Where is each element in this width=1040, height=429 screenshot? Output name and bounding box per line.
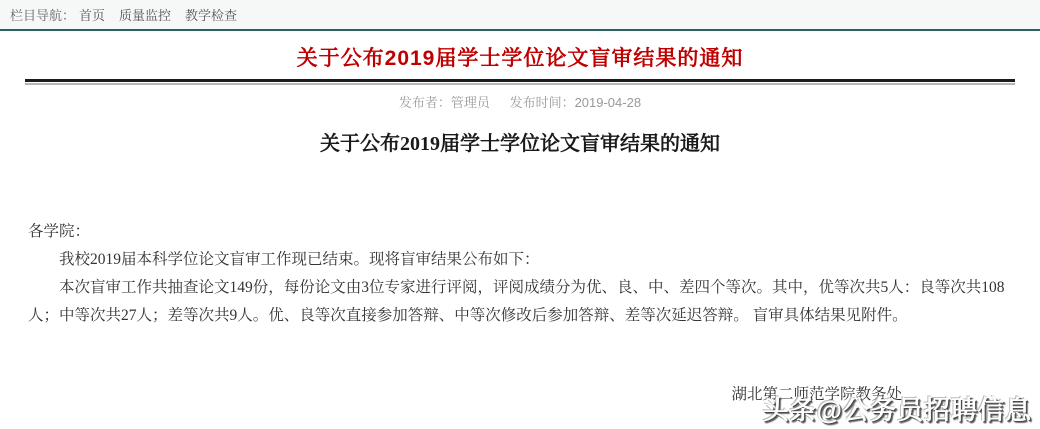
paragraph-2: 本次盲审工作共抽查论文149份，每份论文由3位专家进行评阅，评阅成绩分为优、良、… (28, 274, 1012, 330)
nav-link-home[interactable]: 首页 (79, 5, 105, 24)
article-meta: 发布者：管理员 发布时间：2019-04-28 (0, 92, 1040, 111)
nav-link-teaching-inspection[interactable]: 教学检查 (185, 5, 237, 24)
notice-title: 关于公布2019届学士学位论文盲审结果的通知 (0, 127, 1040, 156)
publish-time: 发布时间：2019-04-28 (510, 95, 642, 110)
salutation: 各学院： (28, 218, 1012, 246)
breadcrumb-label: 栏目导航： (10, 5, 75, 24)
notice-body: 各学院： 我校2019届本科学位论文盲审工作现已结束。现将盲审结果公布如下： 本… (28, 218, 1012, 330)
breadcrumb-bar: 栏目导航： 首页 质量监控 教学检查 (0, 0, 1040, 31)
title-divider (25, 79, 1015, 85)
article-title: 关于公布2019届学士学位论文盲审结果的通知 (0, 42, 1040, 72)
publisher: 发布者：管理员 (399, 95, 490, 110)
paragraph-1: 我校2019届本科学位论文盲审工作现已结束。现将盲审结果公布如下： (28, 246, 1012, 274)
watermark: 头条@公务员招聘信息 (763, 390, 1032, 427)
nav-link-quality-monitoring[interactable]: 质量监控 (119, 5, 171, 24)
